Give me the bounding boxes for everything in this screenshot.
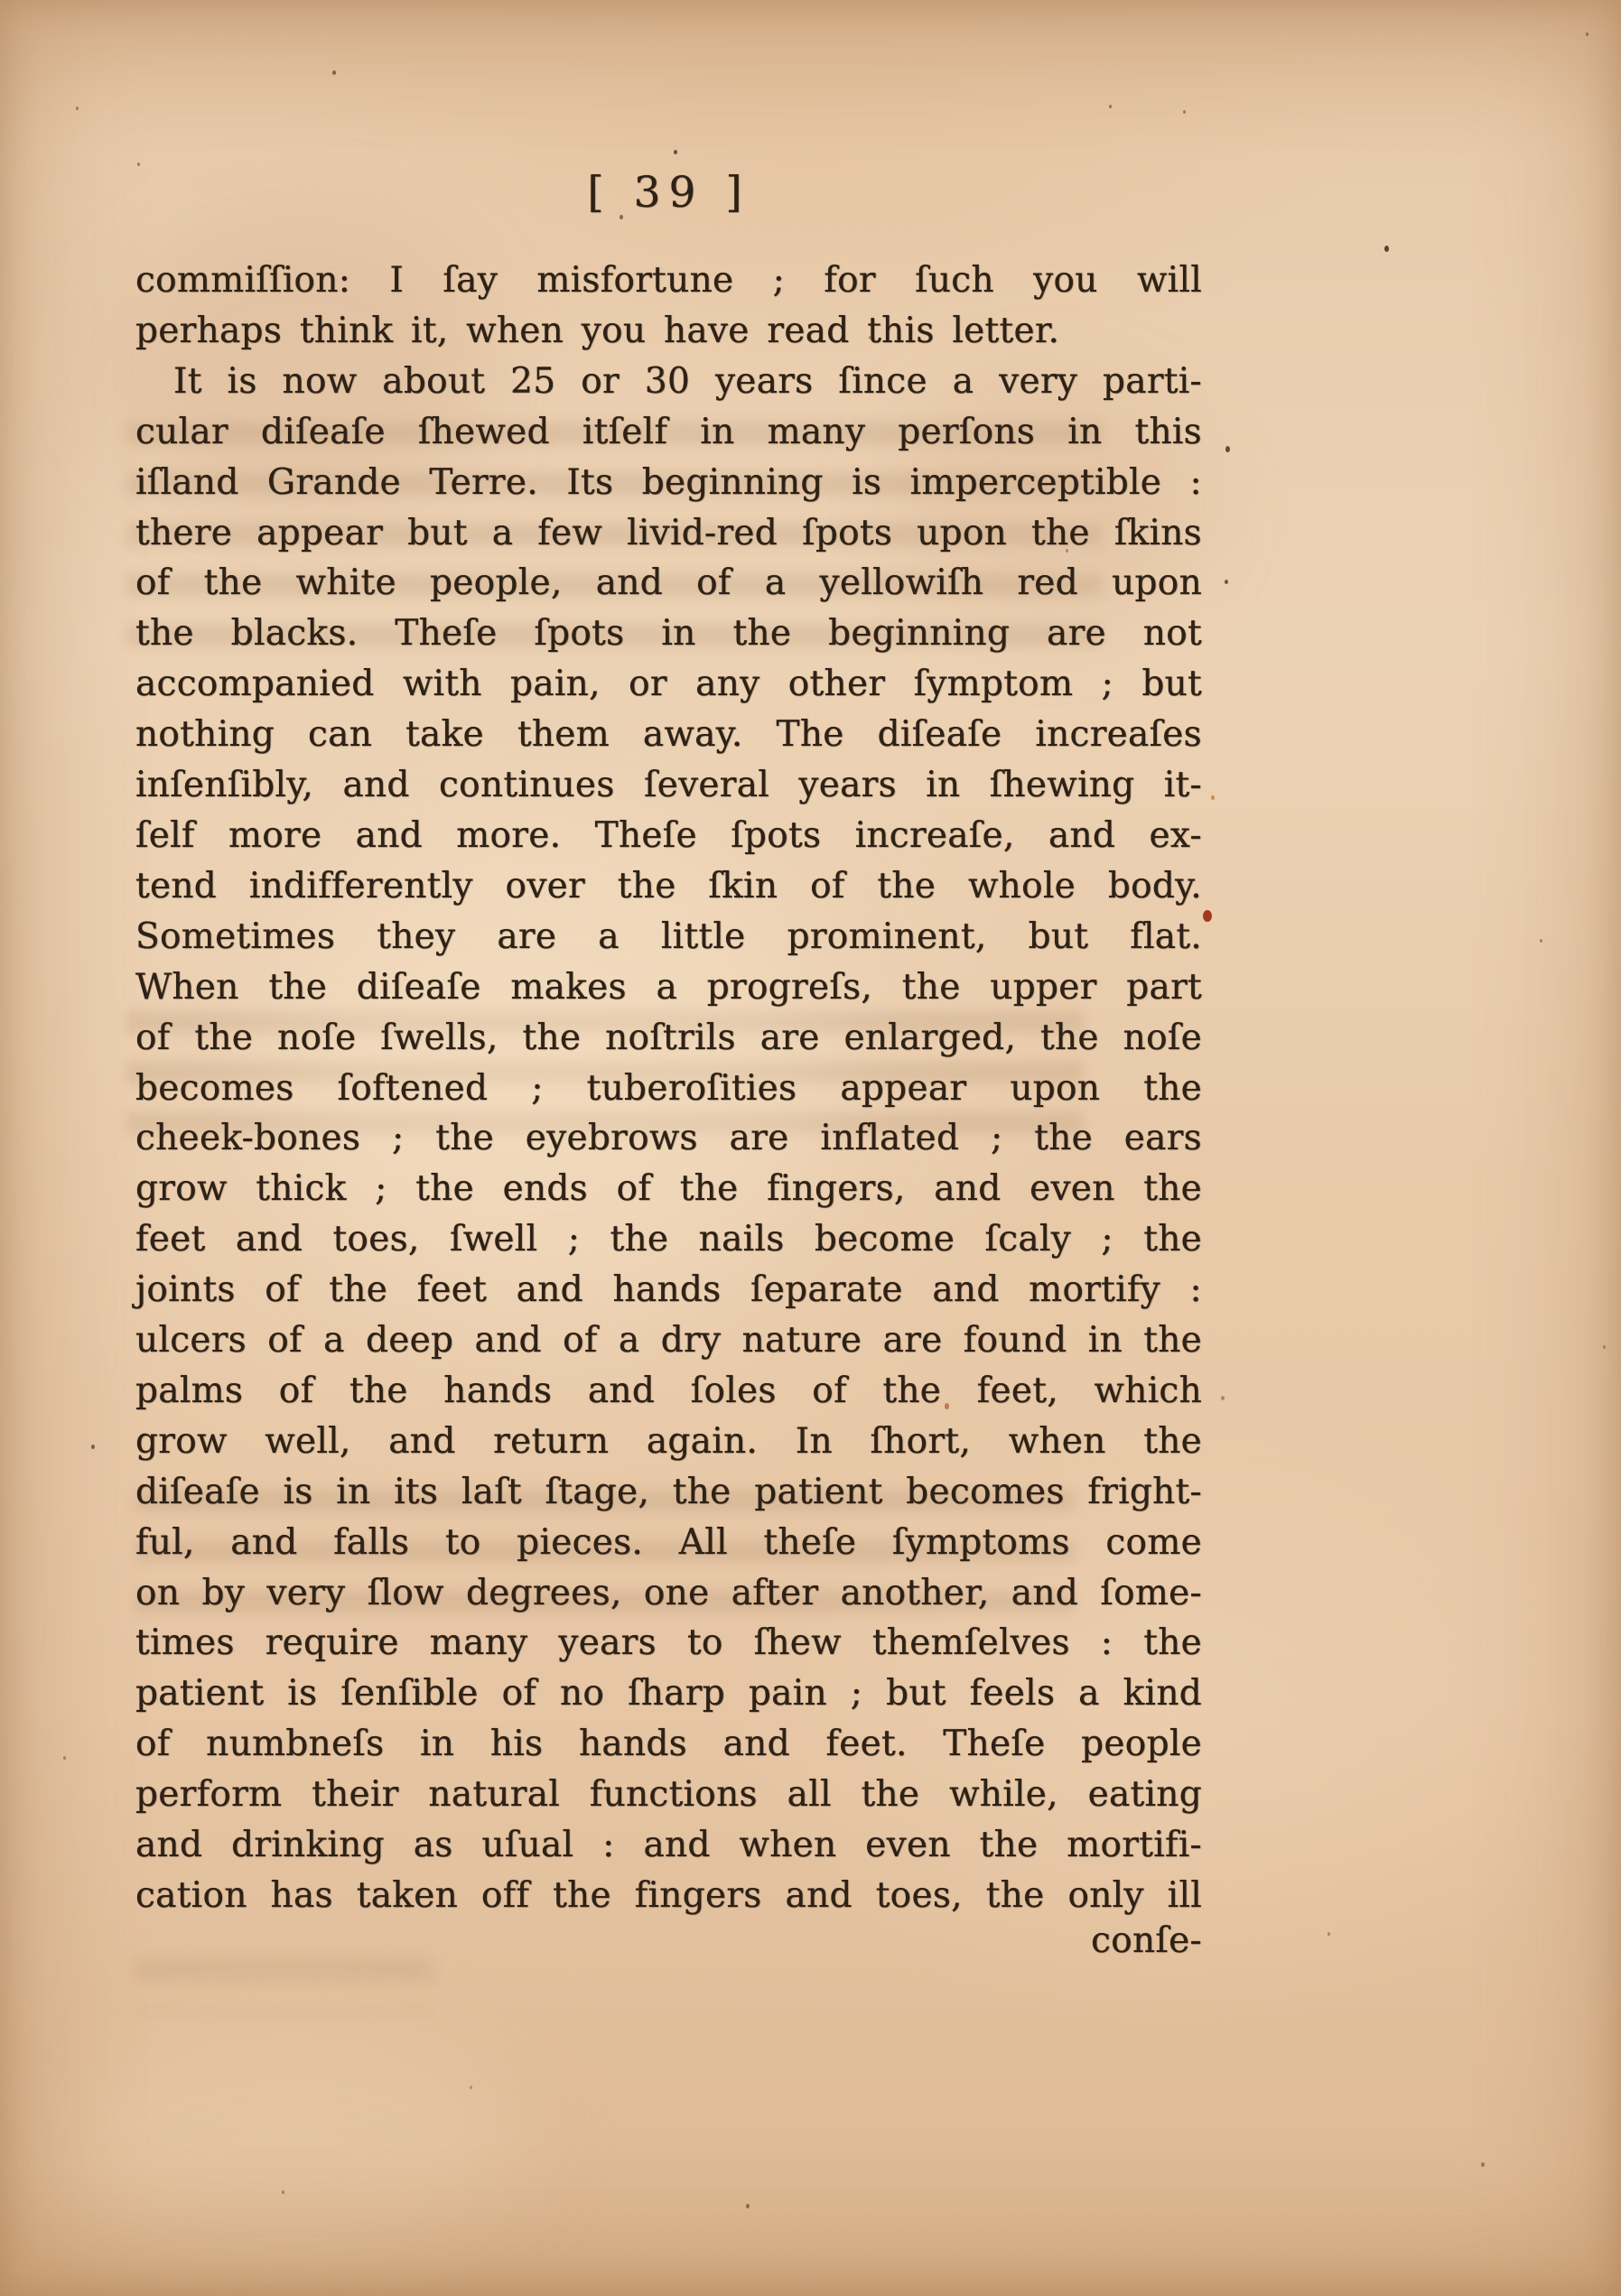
text-line: grow well, and return again. In ſhort, w… xyxy=(135,1417,1202,1467)
text-line: ulcers of a deep and of a dry nature are… xyxy=(135,1315,1202,1366)
paper-speck xyxy=(674,150,677,154)
paper-speck xyxy=(137,163,140,166)
paper-speck xyxy=(746,2204,750,2208)
catchword: conſe- xyxy=(135,1918,1215,1965)
text-line: When the diſeaſe makes a progreſs, the u… xyxy=(135,962,1202,1013)
text-line: feet and toes, ſwell ; the nails become … xyxy=(135,1214,1202,1265)
paper-speck xyxy=(1586,33,1588,36)
paper-speck xyxy=(91,1445,95,1449)
paper-speck xyxy=(332,70,336,75)
paper-speck xyxy=(1384,246,1389,252)
body-text: commiſſion: I ſay misfortune ; for ſuch … xyxy=(135,256,1202,1921)
text-line: It is now about 25 or 30 years ſince a v… xyxy=(135,357,1202,407)
text-line: on by very ſlow degrees, one after anoth… xyxy=(135,1568,1202,1619)
verso-show-through xyxy=(135,1959,433,2013)
text-line: cular diſeaſe ſhewed itſelf in many perſ… xyxy=(135,407,1202,458)
text-line: the blacks. Theſe ſpots in the beginning… xyxy=(135,609,1202,659)
paper-speck xyxy=(1540,939,1542,943)
text-line: cation has taken off the fingers and toe… xyxy=(135,1871,1202,1921)
paper-speck xyxy=(1603,1345,1606,1349)
scanned-book-page: [ 39 ] commiſſion: I ſay misfortune ; fo… xyxy=(0,0,1621,2296)
text-line: palms of the hands and ſoles of the feet… xyxy=(135,1366,1202,1417)
paper-speck xyxy=(1109,105,1112,108)
paper-speck xyxy=(1211,795,1215,800)
text-line: joints of the feet and hands ſeparate an… xyxy=(135,1265,1202,1315)
paper-speck xyxy=(1328,1932,1330,1936)
text-line: of numbneſs in his hands and feet. Theſe… xyxy=(135,1719,1202,1770)
text-line: there appear but a few livid-red ſpots u… xyxy=(135,508,1202,559)
text-line: accompanied with pain, or any other ſymp… xyxy=(135,659,1202,710)
text-line: commiſſion: I ſay misfortune ; for ſuch … xyxy=(135,256,1202,306)
text-line: patient is ſenſible of no ſharp pain ; b… xyxy=(135,1669,1202,1719)
text-line: ful, and falls to pieces. All theſe ſymp… xyxy=(135,1518,1202,1568)
paper-speck xyxy=(1225,446,1230,452)
paper-speck xyxy=(1481,2162,1485,2167)
paper-speck xyxy=(1221,1396,1225,1400)
text-line: and drinking as uſual : and when even th… xyxy=(135,1820,1202,1871)
text-line: of the white people, and of a yellowiſh … xyxy=(135,558,1202,609)
paper-speck xyxy=(470,2086,472,2089)
page-number-header: [ 39 ] xyxy=(135,168,1202,218)
text-line: Sometimes they are a little prominent, b… xyxy=(135,912,1202,962)
text-line: ſelf more and more. Theſe ſpots increaſe… xyxy=(135,811,1202,861)
text-line: of the noſe ſwells, the noſtrils are enl… xyxy=(135,1013,1202,1064)
text-line: becomes ſoftened ; tuberoſities appear u… xyxy=(135,1064,1202,1114)
paper-speck xyxy=(282,2190,284,2194)
text-line: nothing can take them away. The diſeaſe … xyxy=(135,710,1202,760)
paper-speck xyxy=(76,107,79,110)
text-line: inſenſibly, and continues ſeveral years … xyxy=(135,760,1202,811)
paper-stain xyxy=(54,2031,524,2248)
text-line: perform their natural functions all the … xyxy=(135,1770,1202,1820)
paper-speck xyxy=(1203,910,1212,922)
text-line: cheek-bones ; the eyebrows are inflated … xyxy=(135,1113,1202,1164)
paper-speck xyxy=(1183,110,1186,114)
text-line: iſland Grande Terre. Its beginning is im… xyxy=(135,458,1202,508)
text-line: diſeaſe is in its laſt ſtage, the patien… xyxy=(135,1467,1202,1518)
text-line: grow thick ; the ends of the fingers, an… xyxy=(135,1164,1202,1214)
paper-speck xyxy=(1225,580,1228,584)
text-line: times require many years to ſhew themſel… xyxy=(135,1618,1202,1669)
text-line: tend indifferently over the ſkin of the … xyxy=(135,861,1202,912)
paper-speck xyxy=(63,1756,66,1760)
text-line: perhaps think it, when you have read thi… xyxy=(135,306,1202,357)
